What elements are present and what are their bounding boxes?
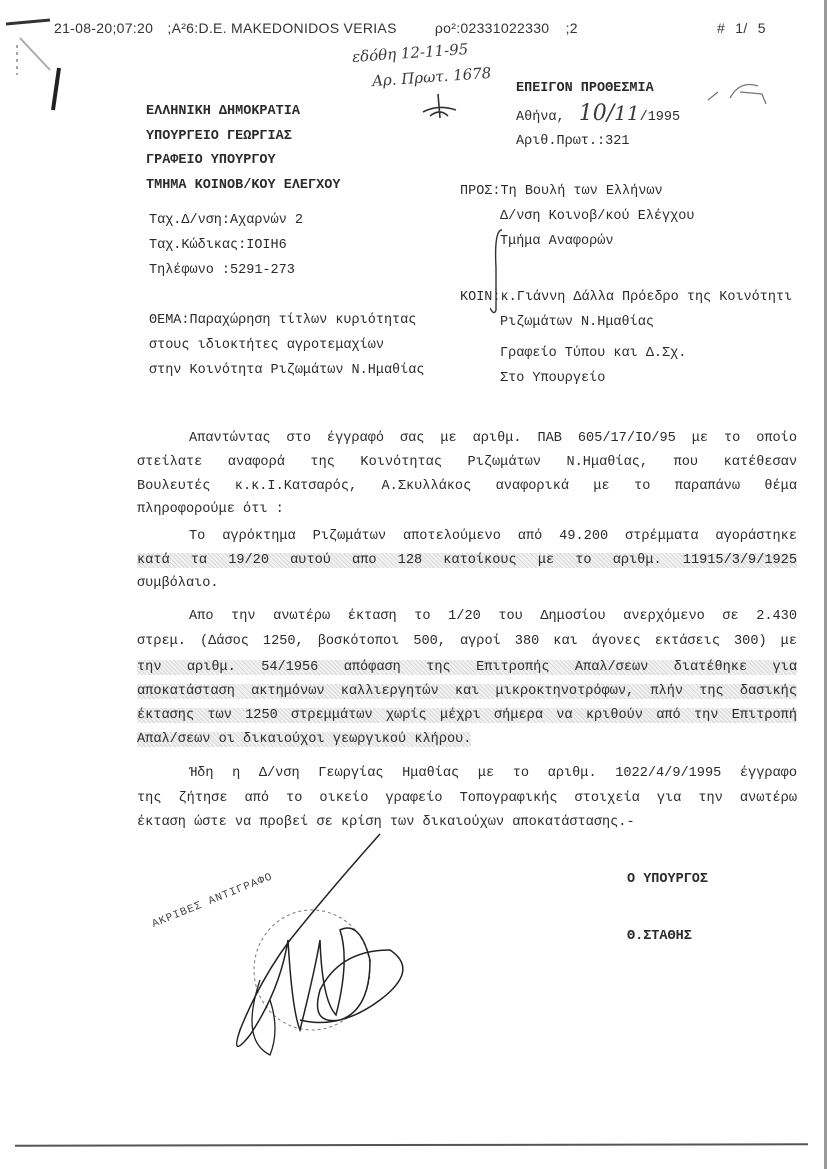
body-line: Απαντώντας στο έγγραφό σας με αριθμ. ΠΑΒ… xyxy=(137,431,797,446)
subject-line-1: ΘΕΜΑ:Παραχώρηση τίτλων κυριότητας xyxy=(149,308,424,333)
phone-number: Τηλέφωνο :5291-273 xyxy=(149,258,303,283)
fax-sender: ;A²6:D.E. MAKEDONIDOS VERIAS xyxy=(167,20,396,36)
fax-timestamp: 21-08-20;07:20 xyxy=(54,20,153,36)
date-prefix: Αθήνα, xyxy=(516,110,565,125)
body-line: στρεμ. (Δάσος 1250, βοσκότοποι 500, αγρο… xyxy=(137,634,797,649)
body-line: αποκατάσταση ακτημόνων καλλιεργητών και … xyxy=(137,684,797,699)
cc-line-3: Γραφείο Τύπου και Δ.Σχ. xyxy=(460,341,792,366)
cc-label: ΚΟΙΝ: xyxy=(460,290,501,305)
protocol-number: Αριθ.Πρωτ.:321 xyxy=(516,130,680,154)
contact-block: Ταχ.Δ/νση:Αχαρνών 2 Ταχ.Κώδικας:ΙΟΙΗ6 Τη… xyxy=(149,208,303,283)
signatory-title: Ο ΥΠΟΥΡΓΟΣ xyxy=(627,872,708,887)
date-month: 11 xyxy=(614,101,639,125)
body-line: έκταση ώστε να προβεί σε κρίση των δικαι… xyxy=(137,815,797,830)
body-line: Ήδη η Δ/νση Γεωργίας Ημαθίας με το αριθμ… xyxy=(137,766,797,781)
body-line: πληροφορούμε ότι : xyxy=(137,502,797,517)
body-line: Βουλευτές κ.κ.Ι.Κατσαρός, Α.Σκυλλάκος αν… xyxy=(137,479,797,494)
bottom-rule xyxy=(15,1143,808,1146)
scan-mark-icon xyxy=(0,0,80,120)
cc-line-4: Στο Υπουργείο xyxy=(460,366,792,391)
signatory-name: Θ.ΣΤΑΘΗΣ xyxy=(627,929,692,944)
date-block: ΕΠΕΙΓΟΝ ΠΡΟΘΕΣΜΙΑ Αθήνα, 10/11/1995 Αριθ… xyxy=(516,77,680,154)
cc-line-1: κ.Γιάννη Δάλλα Πρόεδρο της Κοινότητι xyxy=(501,290,793,305)
letterhead-office: ΓΡΑΦΕΙΟ ΥΠΟΥΡΓΟΥ xyxy=(146,149,340,174)
body-line: συμβόλαιο. xyxy=(137,576,219,591)
body-line: την αριθμ. 54/1956 απόφαση της Επιτροπής… xyxy=(137,660,797,675)
date-day: 10 xyxy=(579,101,607,126)
date-year: /1995 xyxy=(640,110,681,125)
fax-phone: ρο²:02331022330 xyxy=(435,20,549,36)
to-line-1: Τη Βουλή των Ελλήνων xyxy=(501,184,663,199)
cc-line-2: Ριζωμάτων Ν.Ημαθίας xyxy=(460,310,792,335)
initials-mark-icon xyxy=(420,90,460,120)
body-line: κατά τα 19/20 αυτού απο 128 κατοίκους με… xyxy=(137,553,797,568)
postal-address: Ταχ.Δ/νση:Αχαρνών 2 xyxy=(149,208,303,233)
body-line: της ζήτησε από το οικείο γραφείο Τοπογρα… xyxy=(137,791,797,806)
letterhead-ministry: ΥΠΟΥΡΓΕΙΟ ΓΕΩΡΓΙΑΣ xyxy=(146,125,340,150)
subject-line-3: στην Κοινότητα Ριζωμάτων Ν.Ημαθίας xyxy=(149,358,424,383)
subject-line-2: στους ιδιοκτήτες αγροτεμαχίων xyxy=(149,333,424,358)
subject-block: ΘΕΜΑ:Παραχώρηση τίτλων κυριότητας στους … xyxy=(149,308,424,383)
scribble-mark-icon xyxy=(700,72,770,112)
handwritten-note-line1: εδόθη 12-11-95 xyxy=(352,40,469,66)
urgent-deadline-label: ΕΠΕΙΓΟΝ ΠΡΟΘΕΣΜΙΑ xyxy=(516,77,680,101)
body-line: στείλατε αναφορά της Κοινότητας Ριζωμάτω… xyxy=(137,455,797,470)
body-line: Απαλ/σεων οι δικαιούχοι γεωργικού κλήρου… xyxy=(137,732,471,747)
cc-block: ΚΟΙΝ:κ.Γιάννη Δάλλα Πρόεδρο της Κοινότητ… xyxy=(460,285,792,391)
letterhead-department: ΤΜΗΜΑ ΚΟΙΝΟΒ/ΚΟΥ ΕΛΕΓΧΟΥ xyxy=(146,174,340,199)
signature-stamp-icon xyxy=(220,830,420,1070)
to-line-2: Δ/νση Κοινοβ/κού Ελέγχου xyxy=(460,204,694,229)
fax-page-number: # 1/ 5 xyxy=(717,20,766,36)
body-line: Απο την ανωτέρω έκταση το 1/20 του Δημοσ… xyxy=(137,609,797,624)
fax-header: 21-08-20;07:20 ;A²6:D.E. MAKEDONIDOS VER… xyxy=(54,20,578,36)
letterhead: ΕΛΛΗΝΙΚΗ ΔΗΜΟΚΡΑΤΙΑ ΥΠΟΥΡΓΕΙΟ ΓΕΩΡΓΙΑΣ Γ… xyxy=(146,100,340,198)
fax-code: ;2 xyxy=(566,20,578,36)
handwritten-note-line2: Αρ. Πρωτ. 1678 xyxy=(372,64,492,90)
postal-code: Ταχ.Κώδικας:ΙΟΙΗ6 xyxy=(149,233,303,258)
body-line: Το αγρόκτημα Ριζωμάτων αποτελούμενο από … xyxy=(137,529,797,544)
letterhead-country: ΕΛΛΗΝΙΚΗ ΔΗΜΟΚΡΑΤΙΑ xyxy=(146,100,340,125)
body-line: έκτασης των 1250 στρεμμάτων χωρίς μέχρι … xyxy=(137,708,797,723)
to-label: ΠΡΟΣ: xyxy=(460,184,501,199)
